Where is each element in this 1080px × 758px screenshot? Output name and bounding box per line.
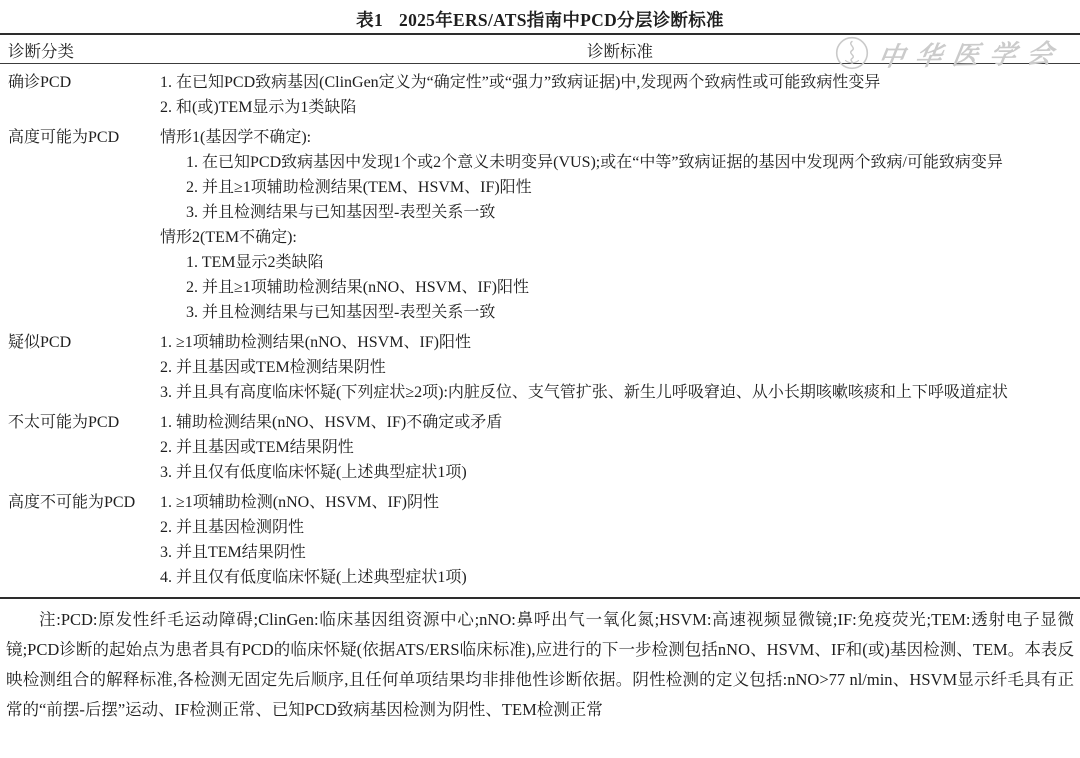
table-row: 疑似PCD1. ≥1项辅助检测结果(nNO、HSVM、IF)阳性2. 并且基因或… [0, 330, 1080, 405]
diagnosis-category: 高度可能为PCD [0, 125, 160, 325]
diagnosis-criteria-cell: 情形1(基因学不确定):1. 在已知PCD致病基因中发现1个或2个意义未明变异(… [160, 125, 1080, 325]
journal-table-page: 表12025年ERS/ATS指南中PCD分层诊断标准 诊断分类 诊断标准 中华医… [0, 0, 1080, 758]
criteria-line: 4. 并且仅有低度临床怀疑(上述典型症状1项) [160, 565, 1072, 590]
table-row: 高度不可能为PCD1. ≥1项辅助检测(nNO、HSVM、IF)阴性2. 并且基… [0, 490, 1080, 590]
table-title: 表12025年ERS/ATS指南中PCD分层诊断标准 [0, 0, 1080, 29]
criteria-line: 1. 在已知PCD致病基因中发现1个或2个意义未明变异(VUS);或在“中等”致… [186, 150, 1072, 175]
criteria-line: 2. 并且≥1项辅助检测结果(TEM、HSVM、IF)阳性 [186, 175, 1072, 200]
diagnosis-criteria-cell: 1. 辅助检测结果(nNO、HSVM、IF)不确定或矛盾2. 并且基因或TEM结… [160, 410, 1080, 485]
criteria-line: 2. 和(或)TEM显示为1类缺陷 [160, 95, 1072, 120]
criteria-line: 2. 并且基因或TEM检测结果阴性 [160, 355, 1072, 380]
table-row: 确诊PCD1. 在已知PCD致病基因(ClinGen定义为“确定性”或“强力”致… [0, 70, 1080, 120]
diagnosis-criteria-cell: 1. ≥1项辅助检测结果(nNO、HSVM、IF)阳性2. 并且基因或TEM检测… [160, 330, 1080, 405]
criteria-line: 1. ≥1项辅助检测结果(nNO、HSVM、IF)阳性 [160, 330, 1072, 355]
table-row: 高度可能为PCD情形1(基因学不确定):1. 在已知PCD致病基因中发现1个或2… [0, 125, 1080, 325]
diagnosis-category: 高度不可能为PCD [0, 490, 160, 590]
criteria-line: 3. 并且检测结果与已知基因型-表型关系一致 [186, 300, 1072, 325]
table-number: 表1 [356, 10, 383, 30]
table-footnote: 注:PCD:原发性纤毛运动障碍;ClinGen:临床基因组资源中心;nNO:鼻呼… [0, 599, 1080, 725]
diagnosis-criteria-table: 诊断分类 诊断标准 中华医学会 确诊PCD1. 在已知PCD致病基因(ClinG… [0, 33, 1080, 599]
diagnosis-criteria-cell: 1. ≥1项辅助检测(nNO、HSVM、IF)阴性2. 并且基因检测阴性3. 并… [160, 490, 1080, 590]
criteria-line: 3. 并且仅有低度临床怀疑(上述典型症状1项) [160, 460, 1072, 485]
table-header-row: 诊断分类 诊断标准 中华医学会 [0, 35, 1080, 64]
diagnosis-category: 确诊PCD [0, 70, 160, 120]
column-header-criteria: 诊断标准 [160, 38, 1080, 62]
criteria-line: 3. 并且检测结果与已知基因型-表型关系一致 [186, 200, 1072, 225]
criteria-line: 1. 在已知PCD致病基因(ClinGen定义为“确定性”或“强力”致病证据)中… [160, 70, 1072, 95]
criteria-line: 2. 并且基因或TEM结果阴性 [160, 435, 1072, 460]
criteria-line: 情形1(基因学不确定): [160, 125, 1072, 150]
criteria-line: 3. 并且具有高度临床怀疑(下列症状≥2项):内脏反位、支气管扩张、新生儿呼吸窘… [160, 380, 1072, 405]
table-title-text: 2025年ERS/ATS指南中PCD分层诊断标准 [399, 10, 724, 30]
footnote-text: 注:PCD:原发性纤毛运动障碍;ClinGen:临床基因组资源中心;nNO:鼻呼… [6, 610, 1074, 719]
criteria-line: 1. ≥1项辅助检测(nNO、HSVM、IF)阴性 [160, 490, 1072, 515]
diagnosis-category: 疑似PCD [0, 330, 160, 405]
criteria-line: 1. 辅助检测结果(nNO、HSVM、IF)不确定或矛盾 [160, 410, 1072, 435]
diagnosis-criteria-cell: 1. 在已知PCD致病基因(ClinGen定义为“确定性”或“强力”致病证据)中… [160, 70, 1080, 120]
criteria-line: 2. 并且基因检测阴性 [160, 515, 1072, 540]
table-body: 确诊PCD1. 在已知PCD致病基因(ClinGen定义为“确定性”或“强力”致… [0, 64, 1080, 599]
diagnosis-category: 不太可能为PCD [0, 410, 160, 485]
criteria-line: 情形2(TEM不确定): [160, 225, 1072, 250]
column-header-classification: 诊断分类 [8, 38, 74, 62]
criteria-line: 3. 并且TEM结果阴性 [160, 540, 1072, 565]
criteria-line: 2. 并且≥1项辅助检测结果(nNO、HSVM、IF)阳性 [186, 275, 1072, 300]
table-row: 不太可能为PCD1. 辅助检测结果(nNO、HSVM、IF)不确定或矛盾2. 并… [0, 410, 1080, 485]
criteria-line: 1. TEM显示2类缺陷 [186, 250, 1072, 275]
